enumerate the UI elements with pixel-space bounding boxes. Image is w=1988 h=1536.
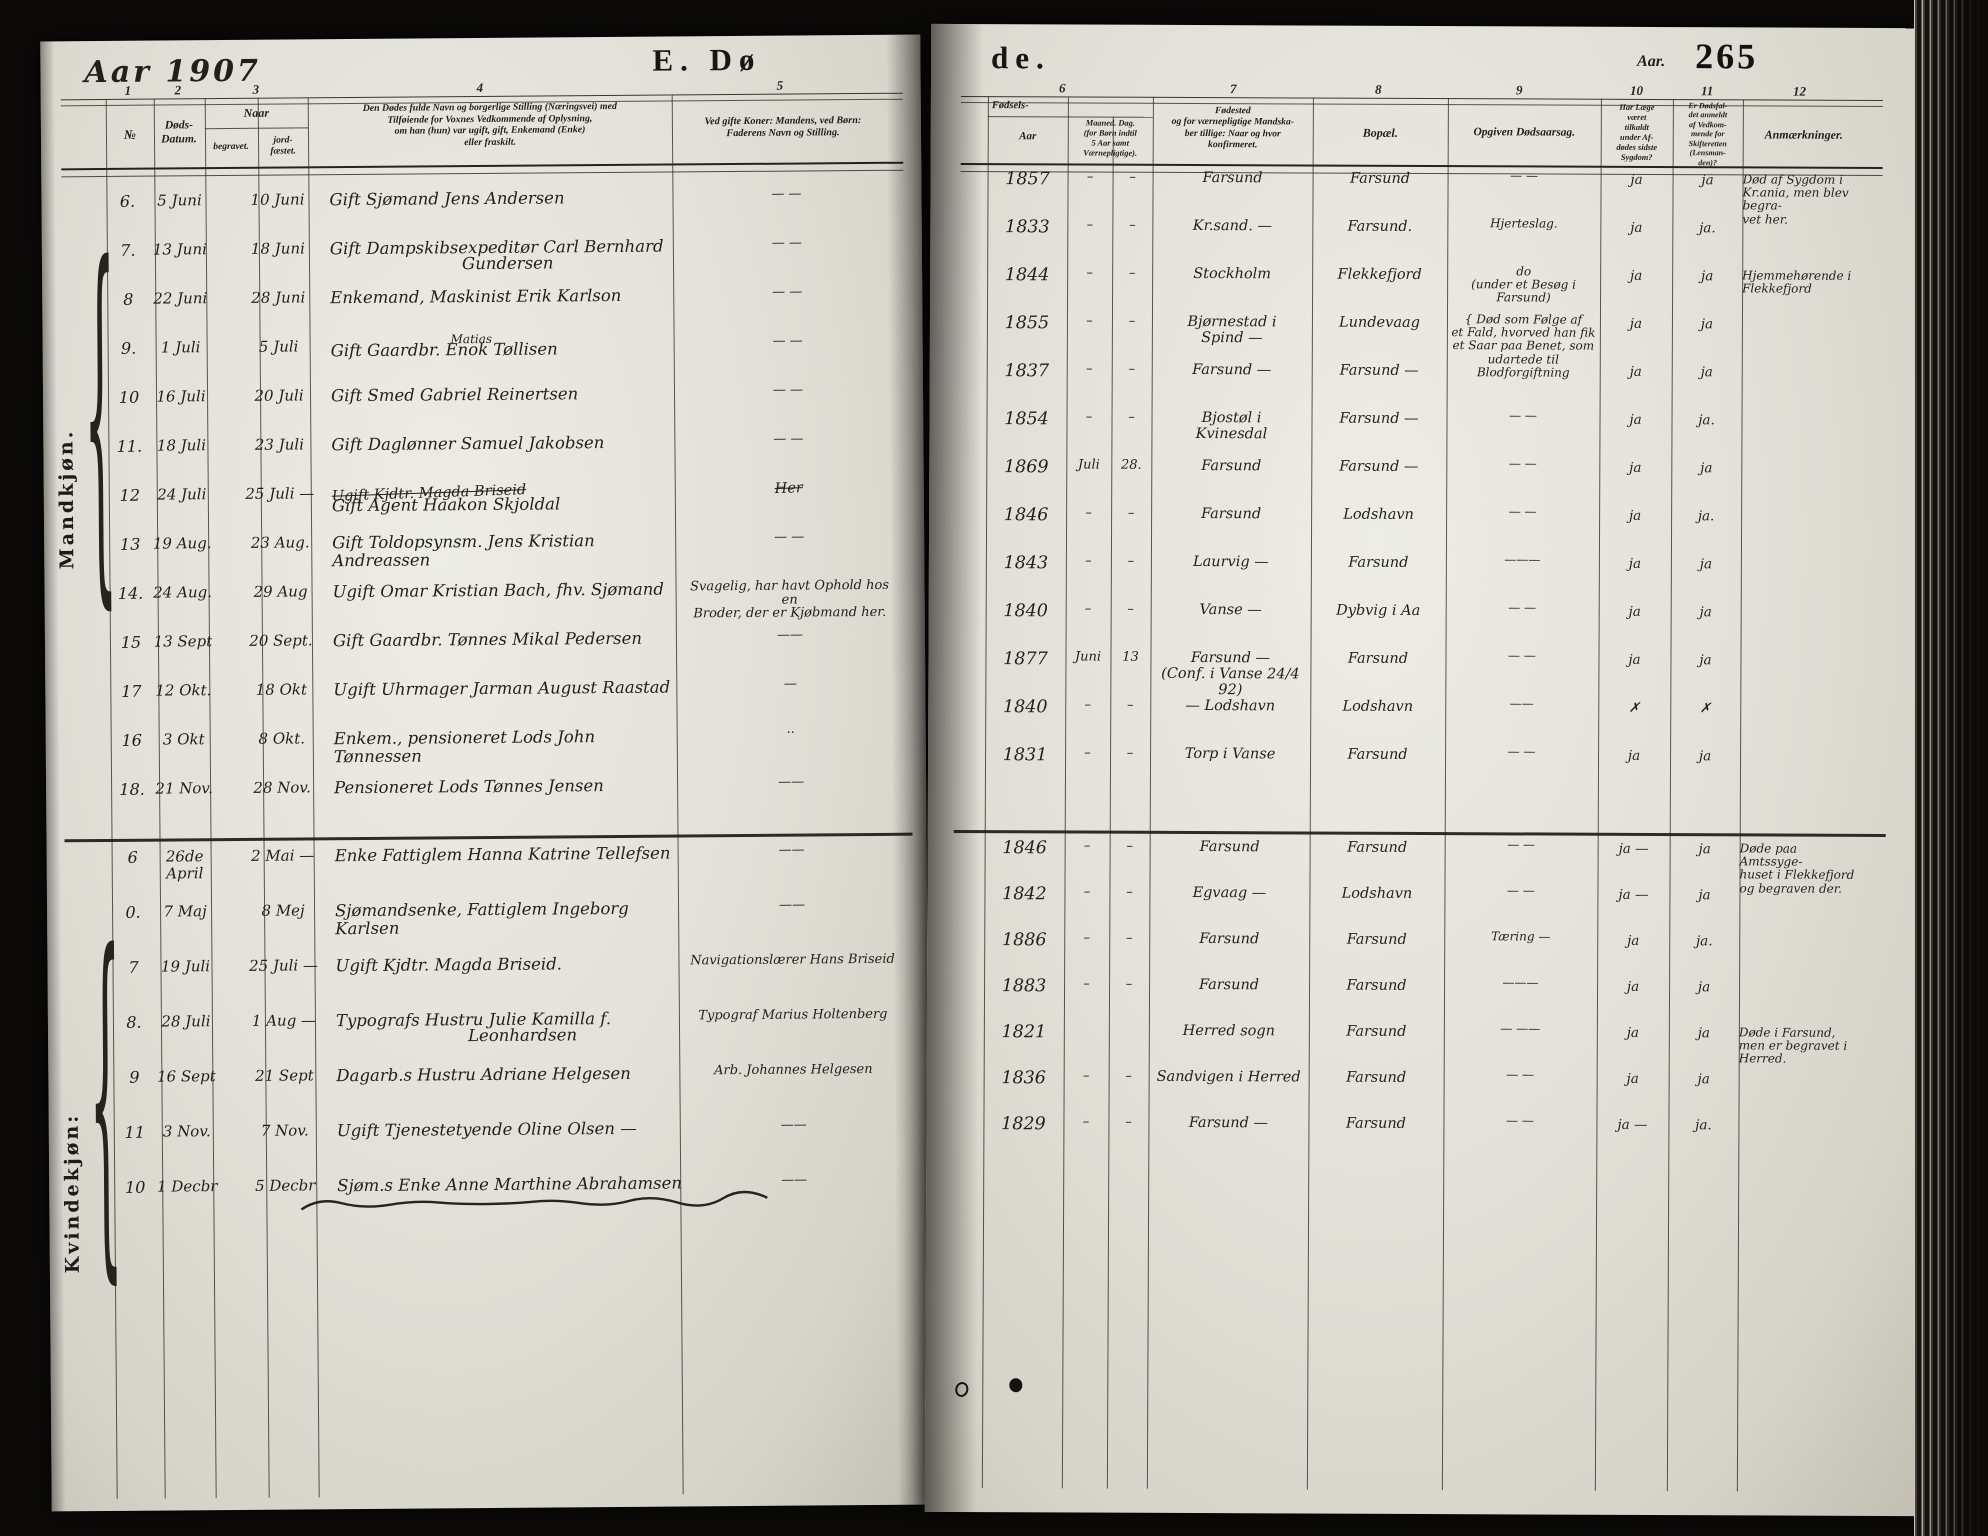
- cell-spouse-father: — —: [679, 383, 897, 399]
- cell-birthplace: Bjostøl i Kvinesdal: [1151, 411, 1311, 444]
- cell-remarks: [1742, 365, 1864, 366]
- cell-birth-day: –: [1112, 363, 1152, 377]
- cell-cause-of-death: — —: [1446, 601, 1599, 615]
- cell-spouse-father: — —: [678, 236, 896, 252]
- cell-birthplace: Farsund —: [1148, 1116, 1308, 1133]
- cell-death-date: 28 Juli: [148, 1013, 224, 1030]
- cell-probate-reported: ja: [1671, 557, 1741, 572]
- cell-residence: Lodshavn: [1311, 508, 1446, 525]
- register-scan: Aar 1907 E. Dø 1 2 3 4 5 № Døds- Datum. …: [0, 0, 1988, 1536]
- cell-spouse-father: ——: [683, 898, 901, 914]
- cell-birth-month: –: [1067, 362, 1112, 376]
- cell-birth-day: –: [1109, 978, 1149, 992]
- cell-burial-date: 20 Juli: [219, 387, 339, 404]
- cell-doctor-called: ja: [1600, 221, 1672, 236]
- table-row: 17 12 Okt. 18 Okt Ugift Uhrmager Jarman …: [45, 677, 925, 733]
- cell-death-date: 3 Okt: [146, 731, 222, 748]
- cell-birth-month: –: [1064, 977, 1109, 991]
- header-datum: Døds- Datum.: [151, 119, 207, 147]
- cell-cause-of-death: — —: [1446, 505, 1599, 519]
- cell-remarks: [1740, 701, 1862, 702]
- cell-birth-month: –: [1065, 698, 1110, 712]
- cell-burial-date: 25 Juli —: [220, 485, 340, 502]
- cell-name: Ugift Kjdtr. Magda BriseidGift Agent Haa…: [332, 482, 678, 515]
- cell-probate-reported: ja: [1669, 1026, 1739, 1041]
- cell-birth-day: –: [1110, 840, 1150, 854]
- header-bopel: Bopæl.: [1313, 126, 1448, 141]
- cell-residence: Farsund: [1310, 748, 1445, 765]
- cell-spouse-father: — —: [679, 334, 897, 350]
- cell-birth-year: 1857: [988, 170, 1068, 190]
- cell-birth-day: –: [1111, 603, 1151, 617]
- cell-remarks: [1739, 1072, 1861, 1073]
- cell-spouse-father: — —: [679, 432, 897, 448]
- cell-burial-date: 7 Nov.: [225, 1122, 345, 1139]
- cell-doctor-called: ja: [1599, 461, 1671, 476]
- cell-birth-month: –: [1067, 266, 1112, 280]
- table-row: 1883 – – Farsund Farsund ——— ja ja: [927, 977, 1919, 1027]
- book-binding-edge: [1914, 0, 1988, 1536]
- cell-birth-month: –: [1063, 1115, 1108, 1129]
- cell-burial-date: 10 Juni: [217, 191, 337, 208]
- cell-spouse-father: Her: [680, 481, 898, 495]
- table-row: 1831 – – Torp i Vanse Farsund — — ja ja: [928, 746, 1920, 798]
- cell-birth-day: –: [1109, 886, 1149, 900]
- cell-probate-reported: ja: [1671, 461, 1741, 476]
- cell-birth-year: 1833: [987, 218, 1067, 238]
- table-row: 14. 24 Aug. 29 Aug Ugift Omar Kristian B…: [45, 579, 925, 635]
- cell-residence: Lodshavn: [1310, 700, 1445, 717]
- cell-birth-month: –: [1064, 931, 1109, 945]
- cell-doctor-called: ja: [1601, 173, 1673, 188]
- cell-birth-month: –: [1065, 746, 1110, 760]
- cell-birth-year: 1855: [987, 314, 1067, 334]
- header-maaned-dag: Maaned. Dag. (for Børn indtil 5 Aar samt…: [1066, 118, 1155, 158]
- male-rows-right: 1857 – – Farsund Farsund — — ja ja Død a…: [928, 170, 1923, 798]
- table-row: 1843 – – Laurvig — Farsund ——— ja ja: [929, 554, 1921, 606]
- cell-residence: Farsund —: [1311, 460, 1446, 477]
- cell-spouse-father: — —: [680, 530, 898, 546]
- cell-cause-of-death: ———: [1446, 553, 1599, 567]
- cell-burial-date: 28 Juni: [218, 289, 338, 306]
- cell-remarks: [1741, 557, 1863, 558]
- col-number: 12: [1793, 84, 1806, 100]
- cell-spouse-father: ——: [683, 843, 901, 859]
- cell-residence: Farsund: [1308, 1116, 1443, 1133]
- cell-death-date: 16 Juli: [143, 388, 219, 405]
- cell-birth-day: –: [1111, 555, 1151, 569]
- gutter-shadow-right-page: [925, 24, 983, 1512]
- table-row: 0. 7 Maj 8 Mej Sjømandsenke, Fattiglem I…: [47, 898, 927, 960]
- cell-name: Gift Smed Gabriel Reinertsen: [331, 384, 677, 405]
- female-rows-right: 1846 – – Farsund Farsund — — ja — ja Død…: [926, 839, 1919, 1165]
- col-number: 3: [253, 82, 260, 98]
- table-row: 9 16 Sept 21 Sept Dagarb.s Hustru Adrian…: [48, 1063, 928, 1125]
- cell-birthplace: Vanse —: [1151, 603, 1311, 620]
- col-number: 8: [1375, 82, 1382, 98]
- table-row: 6. 5 Juni 10 Juni Gift Sjømand Jens Ande…: [41, 187, 921, 243]
- cell-death-date: 3 Nov.: [149, 1123, 225, 1140]
- cell-residence: Farsund: [1310, 841, 1445, 858]
- cell-residence: Farsund —: [1311, 412, 1446, 429]
- cell-remarks: [1742, 317, 1864, 318]
- cell-residence: Farsund —: [1312, 364, 1447, 381]
- cell-birth-year: 1883: [984, 977, 1064, 997]
- cell-burial-date: 18 Okt: [221, 681, 341, 698]
- cell-remarks: [1742, 221, 1864, 222]
- cell-residence: Lundevaag: [1312, 316, 1447, 333]
- cell-birth-day: –: [1109, 932, 1149, 946]
- cell-birth-day: 28.: [1111, 459, 1151, 473]
- cell-birth-year: 1843: [986, 554, 1066, 574]
- cell-birth-year: 1886: [984, 931, 1064, 951]
- cell-death-date: 21 Nov.: [146, 780, 222, 797]
- cell-birthplace: Farsund: [1151, 507, 1311, 524]
- table-row: 1869 Juli 28. Farsund Farsund — — — ja j…: [929, 458, 1921, 510]
- table-row: 12 24 Juli 25 Juli — Ugift Kjdtr. Magda …: [44, 481, 924, 537]
- cell-death-date: 5 Juni: [141, 192, 217, 209]
- cell-birth-month: –: [1064, 885, 1109, 899]
- cell-spouse-father: — —: [678, 285, 896, 301]
- aar-small-label: Aar.: [1621, 53, 1681, 72]
- table-row: 1837 – – Farsund — Farsund — ja ja: [930, 362, 1922, 414]
- cell-residence: Farsund: [1309, 979, 1444, 996]
- cell-name: Ugift Kjdtr. Magda Briseid.: [335, 954, 681, 975]
- cell-probate-reported: ja: [1669, 1072, 1739, 1087]
- header-no: №: [106, 127, 154, 143]
- cell-cause-of-death: — —: [1444, 884, 1597, 898]
- cell-birthplace: Farsund: [1150, 840, 1310, 857]
- cell-birth-year: 1821: [984, 1023, 1064, 1043]
- cell-probate-reported: ja: [1673, 173, 1743, 188]
- section-divider: [65, 833, 913, 843]
- header-aarsag: Opgiven Dødsaarsag.: [1448, 126, 1601, 140]
- cell-name: Ugift Uhrmager Jarman August Raastad: [333, 678, 679, 699]
- cell-death-date: 1 Decbr: [149, 1178, 225, 1195]
- cell-burial-date: 21 Sept: [224, 1067, 344, 1084]
- cell-birth-day: –: [1110, 699, 1150, 713]
- cell-cause-of-death: Hjerteslag.: [1447, 217, 1600, 231]
- cell-birthplace: Farsund: [1149, 978, 1309, 995]
- section-divider: [954, 830, 1886, 837]
- cell-birth-day: –: [1111, 507, 1151, 521]
- table-row: 1846 – – Farsund Farsund — — ja — ja Død…: [927, 839, 1919, 889]
- cell-remarks: [1741, 653, 1863, 654]
- cell-doctor-called: ja: [1599, 509, 1671, 524]
- table-row: 1854 – – Bjostøl i Kvinesdal Farsund — —…: [929, 410, 1921, 462]
- cell-birthplace: Herred sogn: [1149, 1024, 1309, 1041]
- cell-remarks: [1739, 980, 1861, 981]
- cell-burial-date: 20 Sept.: [221, 632, 341, 649]
- cell-birthplace: Sandvigen i Herred: [1149, 1070, 1309, 1087]
- cell-burial-date: 25 Juli —: [223, 957, 343, 974]
- cell-death-date: 19 Juli: [147, 958, 223, 975]
- cell-probate-reported: ja: [1669, 888, 1739, 903]
- cell-birth-month: –: [1064, 1069, 1109, 1083]
- cell-probate-reported: ja.: [1669, 934, 1739, 949]
- cell-birth-month: Juni: [1065, 650, 1110, 664]
- cell-residence: Farsund: [1309, 1070, 1444, 1087]
- cell-birth-year: 1869: [986, 458, 1066, 478]
- cell-remarks: [1742, 413, 1864, 414]
- page-title-left: E. Dø: [652, 42, 761, 79]
- cell-birthplace: Kr.sand. —: [1152, 219, 1312, 236]
- cell-spouse-father: ——: [682, 775, 900, 791]
- cell-birth-day: –: [1113, 171, 1153, 185]
- col-number: 11: [1701, 83, 1713, 99]
- cell-probate-reported: ja: [1671, 605, 1741, 620]
- cell-probate-reported: ✗: [1670, 701, 1740, 716]
- cell-birth-year: 1877: [985, 650, 1065, 670]
- cell-residence: Dybvig i Aa: [1311, 604, 1446, 621]
- cell-cause-of-death: ——: [1445, 697, 1598, 711]
- table-row: 11. 18 Juli 23 Juli Gift Daglønner Samue…: [43, 432, 923, 488]
- cell-birth-year: 1846: [986, 506, 1066, 526]
- cell-probate-reported: ja.: [1671, 413, 1741, 428]
- cell-cause-of-death: — —: [1444, 1068, 1597, 1082]
- cell-spouse-father: Typograf Marius Holtenberg: [684, 1008, 902, 1024]
- cell-doctor-called: ja: [1600, 365, 1672, 380]
- table-row: 13 19 Aug. 23 Aug. Gift Toldopsynsm. Jen…: [44, 530, 924, 586]
- col-number: 1: [125, 83, 132, 99]
- col-number: 4: [477, 80, 484, 96]
- cell-death-date: 22 Juni: [142, 290, 218, 307]
- cell-birthplace: Bjørnestad i Spind —: [1152, 315, 1312, 348]
- cell-death-date: 18 Juli: [143, 437, 219, 454]
- cell-spouse-father: ··: [682, 726, 900, 742]
- cell-cause-of-death: — ——: [1444, 1022, 1597, 1036]
- cell-name: Ugift Omar Kristian Bach, fhv. Sjømand: [333, 580, 679, 601]
- cell-doctor-called: ja —: [1598, 842, 1670, 857]
- col-number: 10: [1630, 83, 1643, 99]
- cell-birth-month: –: [1066, 602, 1111, 616]
- cell-name: Gift Dampskibsexpeditør Carl BernhardGun…: [330, 237, 676, 274]
- cell-name: Enkem., pensioneret Lods John Tønnessen: [334, 727, 680, 766]
- col-number: 5: [777, 78, 784, 94]
- year-label: Aar 1907: [84, 54, 261, 90]
- header-skifte: Er Dødsfal- det anmeldt af Vedkom- mende…: [1673, 101, 1743, 167]
- cell-birth-day: –: [1109, 1070, 1149, 1084]
- cell-name: Pensioneret Lods Tønnes Jensen: [334, 776, 680, 797]
- cell-birthplace: — Lodshavn: [1150, 699, 1310, 716]
- cell-name: Ugift Tjenestetyende Oline Olsen —: [337, 1119, 683, 1140]
- cell-birth-day: –: [1108, 1116, 1148, 1130]
- header-lege: Har Læge været tilkaldt under Af- dødes …: [1601, 103, 1673, 163]
- table-row: 16 3 Okt 8 Okt. Enkem., pensioneret Lods…: [46, 726, 926, 782]
- cell-birth-year: 1846: [985, 839, 1065, 859]
- cell-remarks: [1741, 605, 1863, 606]
- table-row: 7. 13 Juni 18 Juni Gift Dampskibsexpedit…: [42, 236, 922, 292]
- cell-spouse-father: Navigationslærer Hans Briseid: [683, 953, 901, 969]
- cell-birthplace: Farsund: [1153, 171, 1313, 188]
- cell-name: MatiasGift Gaardbr. Enok Tøllisen: [331, 335, 677, 360]
- table-row: 1846 – – Farsund Lodshavn — — ja ja.: [929, 506, 1921, 558]
- table-row: 1877 Juni 13 Farsund — (Conf. i Vanse 24…: [928, 650, 1920, 702]
- male-rows-left: 6. 5 Juni 10 Juni Gift Sjømand Jens Ande…: [41, 187, 926, 831]
- col-number: 7: [1230, 81, 1237, 97]
- cell-burial-date: 2 Mai —: [223, 847, 343, 864]
- table-row: 1833 – – Kr.sand. — Farsund. Hjerteslag.…: [930, 218, 1922, 270]
- cell-doctor-called: ja: [1599, 413, 1671, 428]
- table-row: 1840 – – Vanse — Dybvig i Aa — — ja ja: [929, 602, 1921, 654]
- cell-death-date: 19 Aug.: [144, 535, 220, 552]
- cell-birth-year: 1831: [985, 746, 1065, 766]
- cell-doctor-called: ja —: [1596, 1118, 1668, 1133]
- table-row: 11 3 Nov. 7 Nov. Ugift Tjenestetyende Ol…: [49, 1118, 929, 1180]
- cell-death-date: 12 Okt.: [145, 682, 221, 699]
- cell-doctor-called: ja —: [1597, 888, 1669, 903]
- cell-birth-month: –: [1065, 839, 1110, 853]
- cell-cause-of-death: — —: [1445, 838, 1598, 852]
- col-number: 9: [1516, 82, 1523, 98]
- cell-death-date: 26de April: [147, 848, 223, 882]
- cell-birth-month: –: [1068, 170, 1113, 184]
- cell-burial-date: 1 Aug —: [224, 1012, 344, 1029]
- cell-birth-month: –: [1067, 410, 1112, 424]
- table-row: 1840 – – — Lodshavn Lodshavn —— ✗ ✗: [928, 698, 1920, 750]
- cell-doctor-called: ja: [1600, 269, 1672, 284]
- cell-probate-reported: ja: [1670, 653, 1740, 668]
- cell-cause-of-death: — —: [1446, 457, 1599, 471]
- header-jordfaestet: jord- fæstet.: [258, 135, 308, 158]
- left-page: Aar 1907 E. Dø 1 2 3 4 5 № Døds- Datum. …: [40, 35, 932, 1512]
- cell-birth-day: –: [1112, 411, 1152, 425]
- cell-doctor-called: ja: [1599, 605, 1671, 620]
- cell-probate-reported: ja: [1672, 317, 1742, 332]
- cell-residence: Farsund: [1309, 1025, 1444, 1042]
- cell-probate-reported: ja: [1672, 365, 1742, 380]
- cell-birth-day: –: [1112, 219, 1152, 233]
- cell-spouse-father: Svagelig, har havt Ophold hos enBroder, …: [680, 579, 898, 622]
- cell-residence: Farsund: [1311, 556, 1446, 573]
- cell-doctor-called: ja: [1597, 934, 1669, 949]
- cell-cause-of-death: — —: [1448, 169, 1601, 183]
- cell-probate-reported: ja.: [1672, 221, 1742, 236]
- cell-remarks: [1740, 749, 1862, 750]
- cell-spouse-father: ——: [685, 1118, 903, 1134]
- cell-spouse-father: — —: [677, 187, 895, 203]
- cell-birth-year: 1836: [984, 1069, 1064, 1089]
- closing-flourish: [299, 1188, 769, 1218]
- page-number: 265: [1695, 35, 1758, 77]
- cell-remarks: [1741, 461, 1863, 462]
- header-anm: Anmærkninger.: [1743, 127, 1865, 142]
- cell-birthplace: Farsund: [1151, 459, 1311, 476]
- table-row: 1842 – – Egvaag — Lodshavn — — ja — ja: [927, 885, 1919, 935]
- cell-burial-date: 23 Juli: [219, 436, 339, 453]
- cell-burial-date: 18 Juni: [218, 240, 338, 257]
- cell-residence: Lodshavn: [1309, 887, 1444, 904]
- cell-death-date: 1 Juli: [143, 339, 219, 356]
- header-fodsels: Fødsels-: [988, 100, 1157, 113]
- cell-burial-date: 28 Nov.: [222, 779, 342, 796]
- cell-birth-month: Juli: [1066, 458, 1111, 472]
- table-row: 1857 – – Farsund Farsund — — ja ja Død a…: [930, 170, 1922, 222]
- female-rows-left: 6 26de April 2 Mai — Enke Fattiglem Hann…: [47, 843, 930, 1235]
- cell-residence: Farsund.: [1312, 220, 1447, 237]
- cell-burial-date: 5 Juli: [219, 338, 339, 355]
- cell-name: Gift Toldopsynsm. Jens Kristian Andreass…: [332, 531, 678, 570]
- cell-doctor-called: ja: [1597, 980, 1669, 995]
- cell-birth-year: 1840: [986, 602, 1066, 622]
- cell-cause-of-death: do (under et Besøg i Farsund): [1447, 265, 1600, 305]
- table-row: 18. 21 Nov. 28 Nov. Pensioneret Lods Tøn…: [46, 775, 926, 831]
- header-naar: Naar: [205, 105, 308, 120]
- cell-burial-date: 8 Mej: [223, 902, 343, 919]
- cell-birth-day: –: [1112, 315, 1152, 329]
- cell-burial-date: 29 Aug: [221, 583, 341, 600]
- cell-name: Sjømandsenke, Fattiglem Ingeborg Karlsen: [335, 899, 681, 938]
- cell-birth-month: –: [1066, 506, 1111, 520]
- table-row: 8. 28 Juli 1 Aug — Typografs Hustru Juli…: [48, 1008, 928, 1070]
- table-row: 1844 – – Stockholm Flekkefjord do (under…: [930, 266, 1922, 318]
- table-row: 10 16 Juli 20 Juli Gift Smed Gabriel Rei…: [43, 383, 923, 439]
- cell-death-date: 13 Juni: [142, 241, 218, 258]
- right-page: de. Aar. 265 6 7 8 9 10 11 12 Fødsels- A…: [925, 24, 1923, 1516]
- table-row: 15 13 Sept 20 Sept. Gift Gaardbr. Tønnes…: [45, 628, 925, 684]
- cell-birth-year: 1844: [987, 266, 1067, 286]
- cell-cause-of-death: Tæring —: [1444, 930, 1597, 944]
- cell-remarks: Døde i Farsund, men er begravet i Herred…: [1739, 1026, 1861, 1066]
- header-bottom-rule: [61, 162, 903, 178]
- cell-birth-year: 1854: [986, 410, 1066, 430]
- cell-birth-month: –: [1066, 554, 1111, 568]
- cell-doctor-called: ja: [1598, 749, 1670, 764]
- header-koner: Ved gifte Koner: Mandens, ved Børn: Fade…: [675, 115, 891, 141]
- cell-death-date: 24 Aug.: [145, 584, 221, 601]
- ink-blot: [1009, 1378, 1022, 1392]
- cell-name: Typografs Hustru Julie Kamilla f.Leonhar…: [336, 1009, 682, 1046]
- cell-cause-of-death: ———: [1444, 976, 1597, 990]
- cell-remarks: Hjemmehørende i Flekkefjord: [1742, 269, 1864, 296]
- cell-birthplace: Egvaag —: [1149, 886, 1309, 903]
- cell-name: Enkemand, Maskinist Erik Karlson: [330, 286, 676, 307]
- cell-birth-month: –: [1067, 314, 1112, 328]
- cell-doctor-called: ja: [1597, 1072, 1669, 1087]
- cell-birthplace: Farsund: [1149, 932, 1309, 949]
- cell-birthplace: Laurvig —: [1151, 555, 1311, 572]
- table-row: 1855 – – Bjørnestad i Spind — Lundevaag …: [930, 314, 1922, 366]
- table-row: 7 19 Juli 25 Juli — Ugift Kjdtr. Magda B…: [47, 953, 927, 1015]
- cell-probate-reported: ja: [1670, 749, 1740, 764]
- table-row: 1836 – – Sandvigen i Herred Farsund — — …: [926, 1069, 1918, 1119]
- cell-birthplace: Stockholm: [1152, 267, 1312, 284]
- cell-probate-reported: ja: [1670, 842, 1740, 857]
- cell-name: Dagarb.s Hustru Adriane Helgesen: [336, 1064, 682, 1085]
- cell-burial-date: 23 Aug.: [220, 534, 340, 551]
- cell-spouse-father: Arb. Johannes Helgesen: [684, 1063, 902, 1079]
- cell-residence: Farsund: [1309, 933, 1444, 950]
- cell-probate-reported: ja.: [1668, 1118, 1738, 1133]
- cell-doctor-called: ja: [1597, 1026, 1669, 1041]
- cell-probate-reported: ja: [1672, 269, 1742, 284]
- cell-residence: Farsund: [1310, 652, 1445, 669]
- cell-remarks: Død af Sygdom i Kr.ania, men blev begra-…: [1742, 173, 1864, 226]
- cell-remarks: [1739, 888, 1861, 889]
- table-row: 1886 – – Farsund Farsund Tæring — ja ja.: [927, 931, 1919, 981]
- cell-cause-of-death: — —: [1443, 1114, 1596, 1128]
- cell-cause-of-death: — —: [1445, 649, 1598, 663]
- cell-birth-day: 13: [1110, 651, 1150, 665]
- cell-birth-month: –: [1067, 218, 1112, 232]
- cell-doctor-called: ja: [1598, 653, 1670, 668]
- cell-spouse-father: —: [681, 677, 899, 693]
- cell-death-date: 13 Sept: [145, 633, 221, 650]
- cell-death-date: 7 Maj: [147, 903, 223, 920]
- cell-birth-day: –: [1112, 267, 1152, 281]
- header-fodested: Fødested og for værnepligtige Mandska- b…: [1153, 105, 1313, 151]
- cell-residence: Farsund: [1313, 172, 1448, 189]
